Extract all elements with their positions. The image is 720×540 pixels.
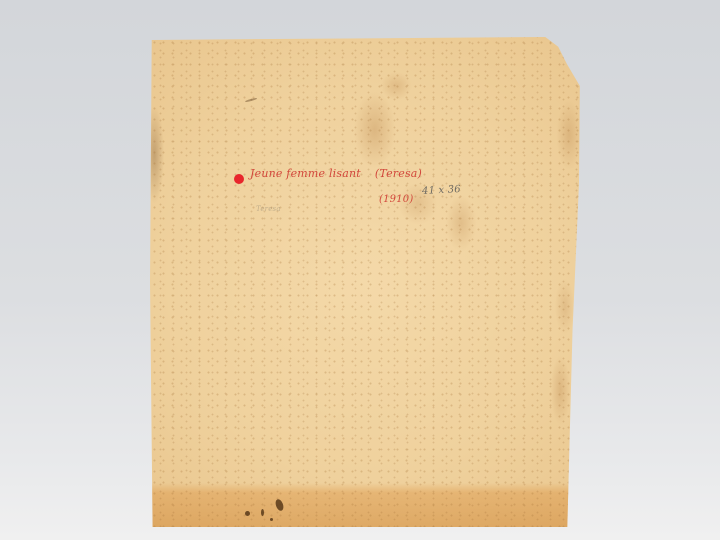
foxing-speckles — [150, 37, 582, 527]
faint-pencil-note: Teresa — [256, 205, 281, 213]
photo-scene: Jeune femme lisant(Teresa) (1910) 41 x 3… — [0, 0, 720, 540]
title-text: Jeune femme lisant — [250, 167, 361, 180]
board-reverse: Jeune femme lisant(Teresa) (1910) 41 x 3… — [150, 37, 582, 527]
stain-mark — [245, 511, 250, 516]
inscription-title: Jeune femme lisant(Teresa) — [250, 167, 422, 180]
red-marker-dot — [234, 174, 244, 184]
attribution-text: (Teresa) — [375, 167, 422, 180]
inscription-year: (1910) — [379, 194, 413, 205]
stain-mark — [270, 518, 273, 521]
stain-mark — [261, 509, 264, 516]
inscription-dimensions: 41 x 36 — [422, 184, 461, 197]
